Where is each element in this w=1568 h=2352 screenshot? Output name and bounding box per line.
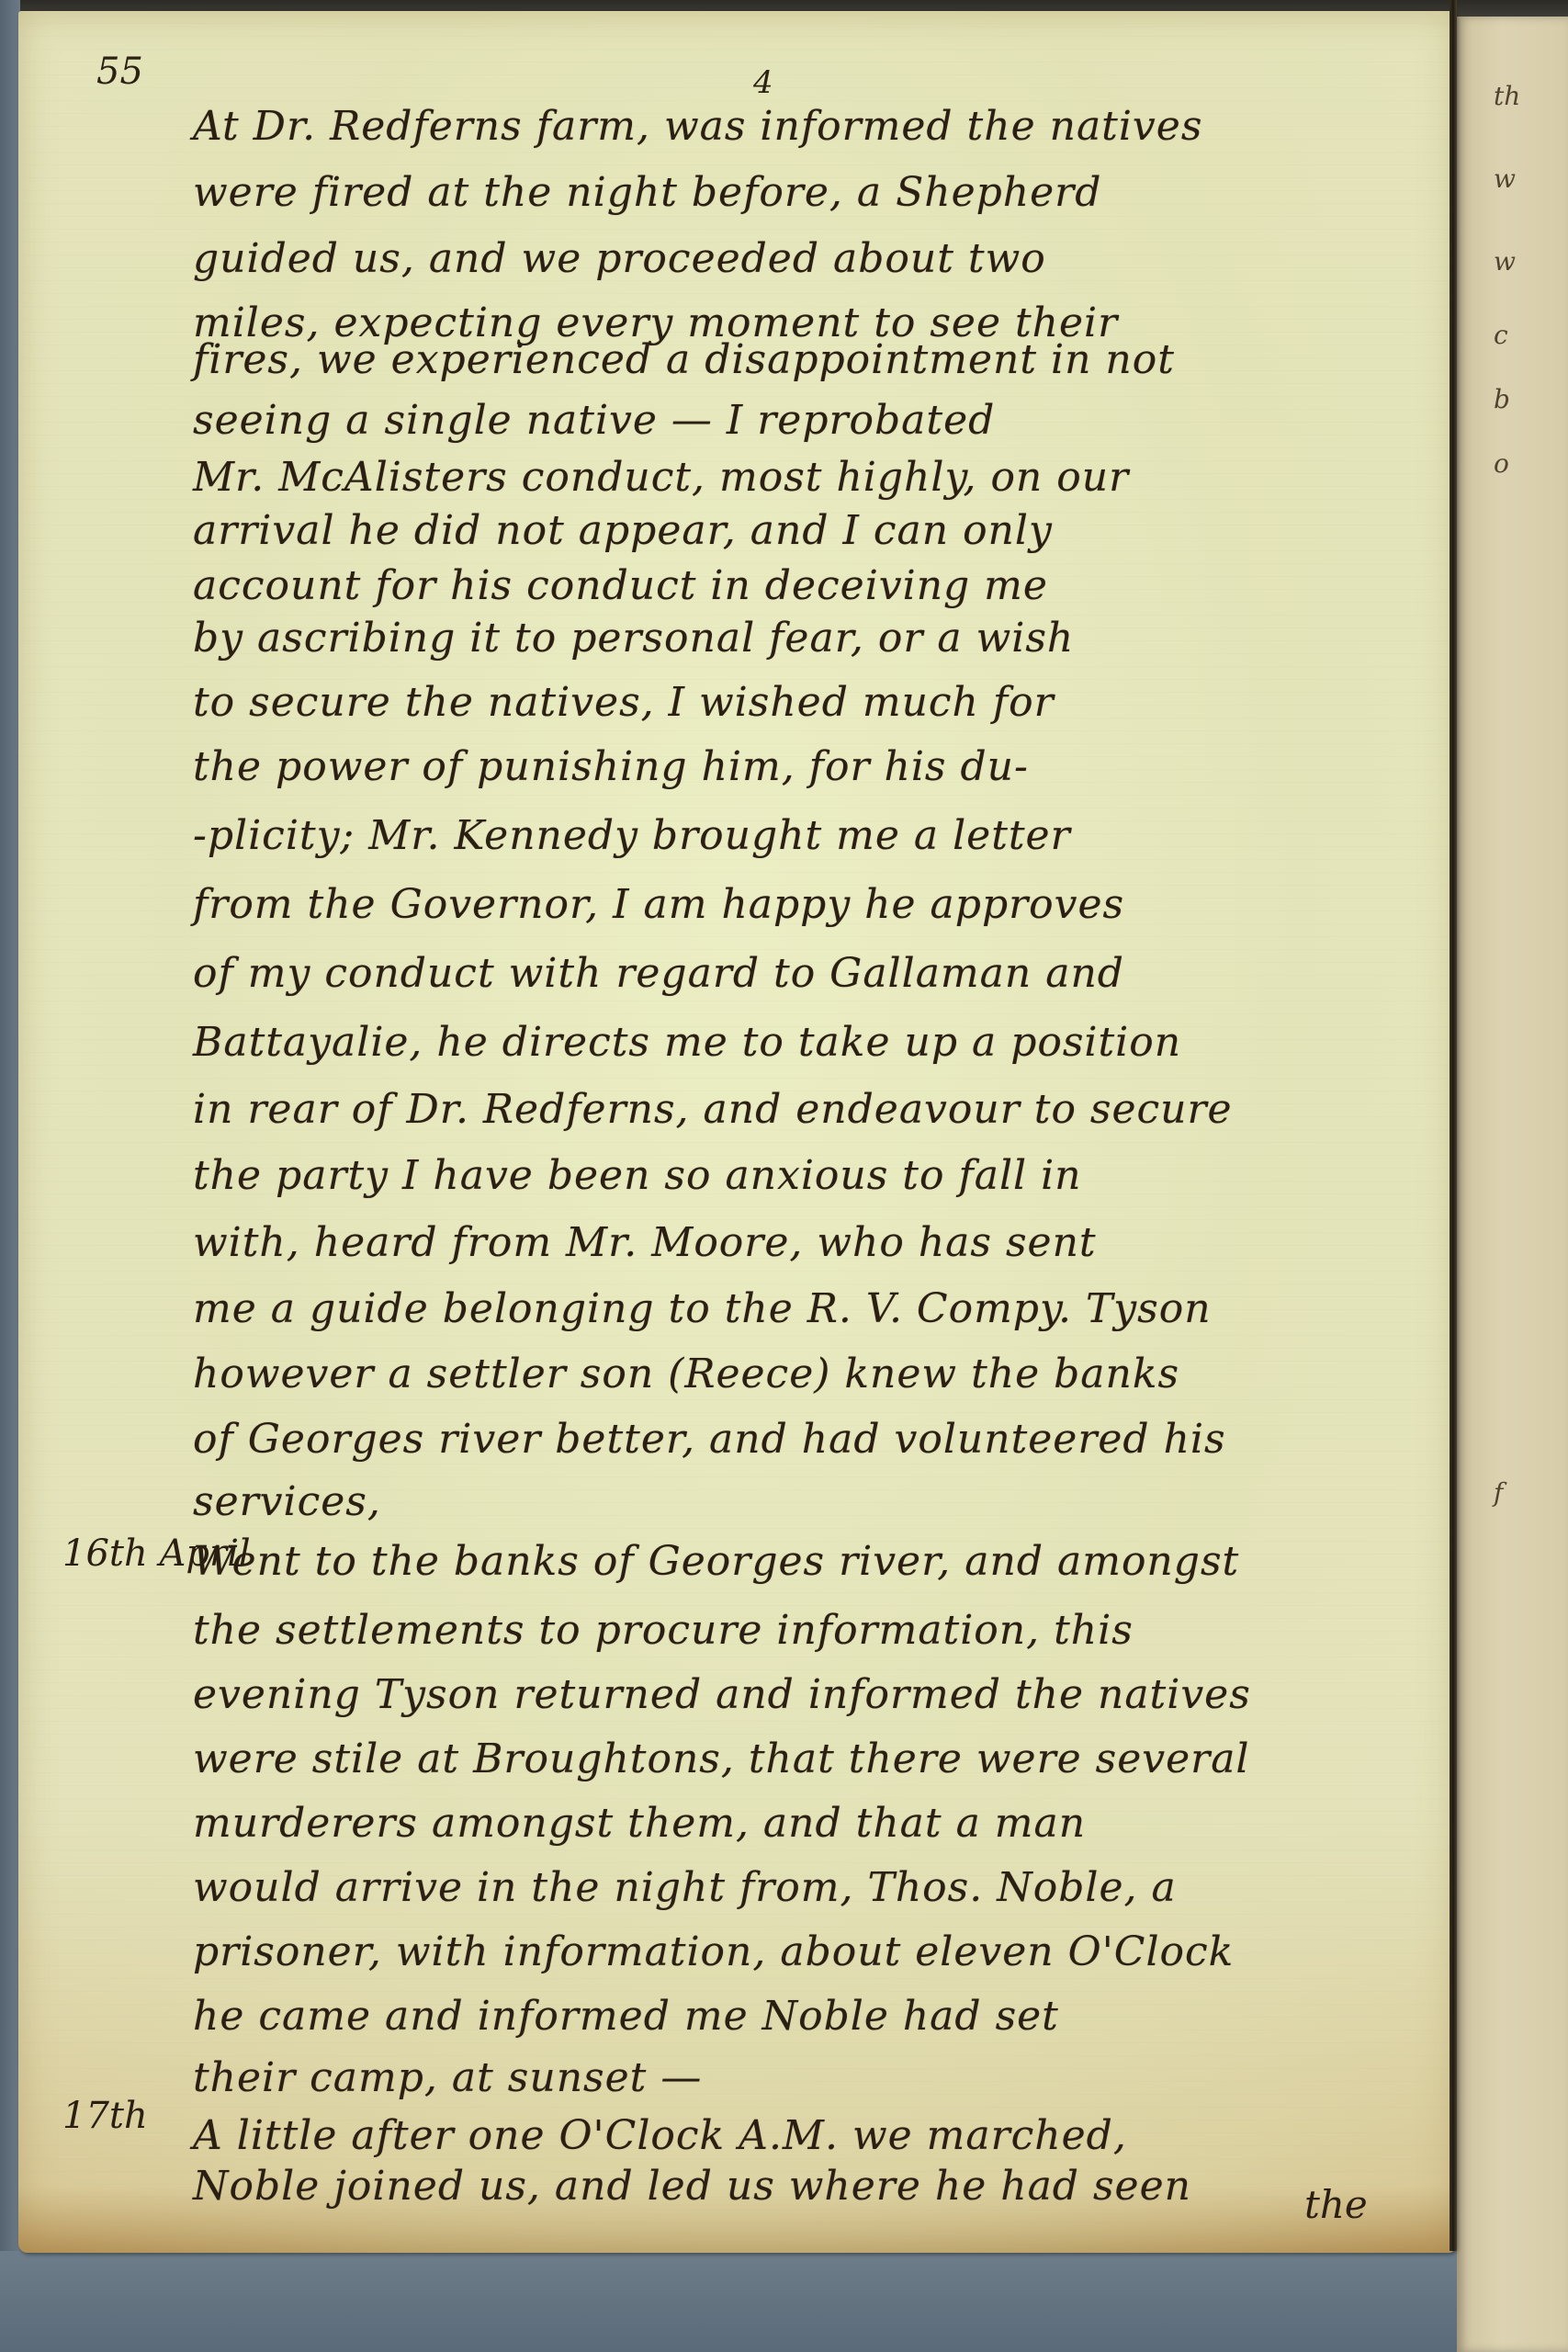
text-line: from the Governor, I am happy he approve…	[193, 877, 1451, 933]
text-line: the settlements to procure information, …	[193, 1603, 1451, 1658]
page-number: 4	[753, 64, 773, 101]
text-line: of my conduct with regard to Gallaman an…	[193, 946, 1451, 1001]
text-line: the party I have been so anxious to fall…	[193, 1148, 1451, 1204]
next-page-fragment: f	[1494, 1477, 1503, 1508]
text-line: were fired at the night before, a Shephe…	[193, 165, 1451, 220]
text-line: Went to the banks of Georges river, and …	[193, 1534, 1451, 1589]
folio-number: 55	[96, 51, 143, 93]
backdrop-bottom	[0, 2251, 1568, 2352]
text-line: account for his conduct in deceiving me	[193, 559, 1451, 614]
text-line: were stile at Broughtons, that there wer…	[193, 1732, 1451, 1787]
text-line: to secure the natives, I wished much for	[193, 675, 1451, 730]
text-line: me a guide belonging to the R. V. Compy.…	[193, 1282, 1451, 1337]
text-line: guided us, and we proceeded about two	[193, 232, 1451, 287]
text-line: arrival he did not appear, and I can onl…	[193, 503, 1451, 559]
backdrop-left	[0, 0, 20, 2352]
date-entry-17th: 17th	[62, 2095, 148, 2137]
text-line: seeing a single native — I reprobated	[193, 393, 1451, 448]
text-line: he came and informed me Noble had set	[193, 1989, 1451, 2044]
text-line: their camp, at sunset —	[193, 2051, 1451, 2106]
text-line: by ascribing it to personal fear, or a w…	[193, 611, 1451, 666]
text-line: A little after one O'Clock A.M. we march…	[193, 2109, 1451, 2164]
next-page-fragment: b	[1494, 384, 1510, 414]
next-page-fragment: o	[1494, 448, 1509, 479]
text-line: of Georges river better, and had volunte…	[193, 1412, 1451, 1467]
text-line: At Dr. Redferns farm, was informed the n…	[193, 99, 1451, 154]
next-page-fragment: w	[1494, 246, 1516, 277]
text-line: -plicity; Mr. Kennedy brought me a lette…	[193, 808, 1451, 864]
text-line: Mr. McAlisters conduct, most highly, on …	[193, 450, 1451, 505]
next-page-fragment: w	[1494, 164, 1516, 194]
text-line: Battayalie, he directs me to take up a p…	[193, 1015, 1451, 1070]
catchword: the	[1304, 2182, 1368, 2227]
text-line: services,	[193, 1475, 1451, 1530]
text-line: prisoner, with information, about eleven…	[193, 1925, 1451, 1980]
adjacent-page: th w w c b o f	[1457, 17, 1568, 2352]
text-line: however a settler son (Reece) knew the b…	[193, 1347, 1451, 1402]
text-line: in rear of Dr. Redferns, and endeavour t…	[193, 1082, 1451, 1137]
text-line: Noble joined us, and led us where he had…	[193, 2159, 1451, 2214]
text-line: murderers amongst them, and that a man	[193, 1796, 1451, 1851]
text-line: evening Tyson returned and informed the …	[193, 1668, 1451, 1723]
next-page-fragment: c	[1494, 320, 1508, 350]
text-line: fires, we experienced a disappointment i…	[193, 333, 1451, 388]
text-line: the power of punishing him, for his du-	[193, 740, 1451, 795]
text-line: with, heard from Mr. Moore, who has sent	[193, 1216, 1451, 1271]
next-page-fragment: th	[1494, 81, 1520, 111]
text-line: would arrive in the night from, Thos. No…	[193, 1860, 1451, 1916]
